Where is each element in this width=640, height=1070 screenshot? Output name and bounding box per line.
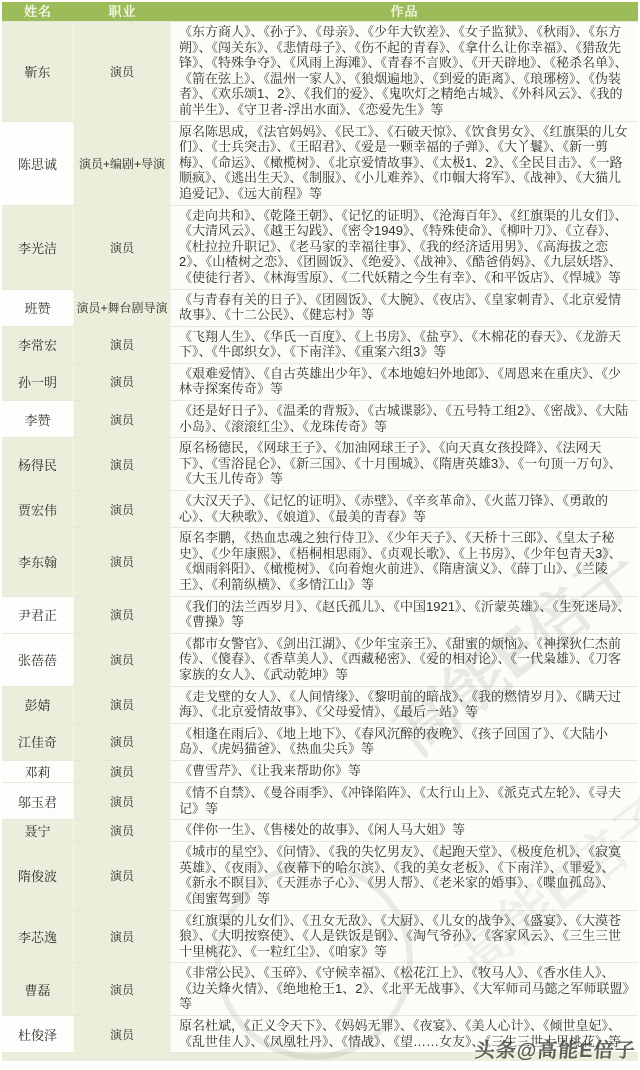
actor-name: 聂宁: [2, 820, 74, 841]
actor-name: 李常宏: [2, 327, 74, 363]
occupation: 演员: [74, 761, 171, 782]
works: 《非常公民》、《玉碎》、《守候幸福》、《松花江上》、《牧马人》、《香水佳人》、《…: [171, 963, 638, 1015]
table-row: 江佳奇 演员 《相逢在雨后》、《地上地下》、《春风沉醉的夜晚》、《孩子回国了》、…: [2, 723, 638, 760]
actor-name: 贾宏伟: [2, 491, 74, 527]
occupation: 演员: [74, 401, 171, 437]
occupation: 演员: [74, 364, 171, 400]
actor-name: 邬玉君: [2, 783, 74, 819]
works: 《曹雪芹》、《让我来帮助你》等: [171, 761, 638, 782]
occupation: 演员: [74, 438, 171, 490]
table-row: 彭婧 演员 《走戈壁的女人》、《人间情缘》、《黎明前的暗战》、《我的燃情岁月》、…: [2, 686, 638, 723]
actor-name: 李赞: [2, 401, 74, 437]
actor-name: 班赞: [2, 290, 74, 326]
table-header-row: 姓名 职业 作品: [2, 2, 638, 21]
actor-works-table: 姓名 职业 作品 靳东 演员 《东方商人》、《孙子》、《母亲》、《少年大钦差》、…: [2, 2, 638, 1061]
works: 原名李鹏，《热血忠魂之独行侍卫》、《少年天子》、《天桥十三郎》、《皇太子秘史》、…: [171, 528, 638, 595]
occupation: 演员: [74, 528, 171, 595]
table-row: 杨得民 演员 原名杨德民，《网球王子》、《加油网球王子》、《向天真女孩投降》、《…: [2, 437, 638, 490]
works: 《东方商人》、《孙子》、《母亲》、《少年大钦差》、《女子监狱》、《秋雨》、《东方…: [171, 22, 638, 121]
occupation: 演员: [74, 1016, 171, 1052]
works: 《伴你一生》、《售楼处的故事》、《闲人马大姐》等: [171, 820, 638, 841]
table-row: 邬玉君 演员 《情不自禁》、《曼谷雨季》、《冲锋陷阵》、《太行山上》、《派克式左…: [2, 782, 638, 819]
works: 《我们的法兰西岁月》、《赵氏孤儿》、《中国1921》、《沂蒙英雄》、《生死迷局》…: [171, 597, 638, 633]
actor-name: 靳东: [2, 22, 74, 121]
actor-name: 邓莉: [2, 761, 74, 782]
occupation: 演员: [74, 724, 171, 760]
works: 《与青春有关的日子》、《团圆饭》、《大腕》、《夜店》、《皇家刺青》、《北京爱情故…: [171, 290, 638, 326]
works: 《城市的星空》、《问情》、《我的失忆男友》、《起跑天堂》、《极度危机》、《寂寞英…: [171, 842, 638, 909]
actor-name: 李芯逸: [2, 911, 74, 963]
actor-name: 杜俊泽: [2, 1016, 74, 1052]
table-body: 靳东 演员 《东方商人》、《孙子》、《母亲》、《少年大钦差》、《女子监狱》、《秋…: [2, 21, 638, 1052]
occupation: 演员: [74, 597, 171, 633]
occupation: 演员: [74, 842, 171, 909]
occupation: 演员: [74, 491, 171, 527]
table-row: 陈思诚 演员+编剧+导演 原名陈思成，《法官妈妈》、《民工》、《石破天惊》、《饮…: [2, 121, 638, 205]
occupation: 演员: [74, 327, 171, 363]
works: 《飞翔人生》、《华氏一百度》、《上书房》、《盐亨》、《木棉花的春天》、《龙游天下…: [171, 327, 638, 363]
works: 《相逢在雨后》、《地上地下》、《春风沉醉的夜晚》、《孩子回国了》、《大陆小岛》、…: [171, 724, 638, 760]
table-row: 曹磊 演员 《非常公民》、《玉碎》、《守候幸福》、《松花江上》、《牧马人》、《香…: [2, 962, 638, 1015]
actor-name: 陈思诚: [2, 122, 74, 205]
actor-name: 曹磊: [2, 963, 74, 1015]
occupation: 演员+编剧+导演: [74, 122, 171, 205]
actor-name: 李光洁: [2, 206, 74, 289]
occupation: 演员: [74, 206, 171, 289]
actor-name: 孙一明: [2, 364, 74, 400]
actor-works-table-page: 姓名 职业 作品 靳东 演员 《东方商人》、《孙子》、《母亲》、《少年大钦差》、…: [0, 0, 640, 1070]
column-header-occupation: 职业: [74, 2, 171, 21]
table-row: 李光洁 演员 《走向共和》、《乾隆王朝》、《记忆的证明》、《沧海百年》、《红旗渠…: [2, 205, 638, 289]
works: 原名杨德民，《网球王子》、《加油网球王子》、《向天真女孩投降》、《法网天下》、《…: [171, 438, 638, 490]
works: 《红旗渠的儿女们》、《丑女无敌》、《大厨》、《儿女的战争》、《盛宴》、《大漠苍狼…: [171, 911, 638, 963]
occupation: 演员: [74, 687, 171, 723]
table-row: 孙一明 演员 《艰难爱情》、《自古英雄出少年》、《本地媳妇外地郎》、《周恩来在重…: [2, 363, 638, 400]
occupation: 演员: [74, 911, 171, 963]
works: 《艰难爱情》、《自古英雄出少年》、《本地媳妇外地郎》、《周恩来在重庆》、《少林寺…: [171, 364, 638, 400]
column-header-name: 姓名: [2, 2, 74, 21]
occupation: 演员: [74, 820, 171, 841]
occupation: 演员+舞台剧导演: [74, 290, 171, 326]
column-header-works: 作品: [171, 2, 638, 21]
occupation: 演员: [74, 634, 171, 686]
works: 《走戈壁的女人》、《人间情缘》、《黎明前的暗战》、《我的燃情岁月》、《瞒天过海》…: [171, 687, 638, 723]
works: 原名杜斌，《正义令天下》、《妈妈无罪》、《夜宴》、《美人心计》、《倾世皇妃》、《…: [171, 1016, 638, 1052]
actor-name: 李东翰: [2, 528, 74, 595]
table-row: 李赞 演员 《还是好日子》、《温柔的背叛》、《古城谍影》、《五号特工组2》、《密…: [2, 400, 638, 437]
table-row: 班赞 演员+舞台剧导演 《与青春有关的日子》、《团圆饭》、《大腕》、《夜店》、《…: [2, 289, 638, 326]
table-row: 靳东 演员 《东方商人》、《孙子》、《母亲》、《少年大钦差》、《女子监狱》、《秋…: [2, 21, 638, 121]
actor-name: 彭婧: [2, 687, 74, 723]
works: 《都市女警官》、《剑出江湖》、《少年宝亲王》、《甜蜜的烦恼》、《神探狄仁杰前传》…: [171, 634, 638, 686]
table-row: 尹君正 演员 《我们的法兰西岁月》、《赵氏孤儿》、《中国1921》、《沂蒙英雄》…: [2, 596, 638, 633]
works: 《大汉天子》、《记忆的证明》、《赤壁》、《辛亥革命》、《火蓝刀锋》、《勇敢的心》…: [171, 491, 638, 527]
table-row: 隋俊波 演员 《城市的星空》、《问情》、《我的失忆男友》、《起跑天堂》、《极度危…: [2, 841, 638, 909]
table-bottom-strip: [2, 1052, 638, 1061]
works: 原名陈思成，《法官妈妈》、《民工》、《石破天惊》、《饮食男女》、《红旗渠的儿女们…: [171, 122, 638, 205]
table-row: 杜俊泽 演员 原名杜斌，《正义令天下》、《妈妈无罪》、《夜宴》、《美人心计》、《…: [2, 1015, 638, 1052]
table-row: 贾宏伟 演员 《大汉天子》、《记忆的证明》、《赤壁》、《辛亥革命》、《火蓝刀锋》…: [2, 490, 638, 527]
table-row: 聂宁 演员 《伴你一生》、《售楼处的故事》、《闲人马大姐》等: [2, 819, 638, 841]
table-row: 张蓓蓓 演员 《都市女警官》、《剑出江湖》、《少年宝亲王》、《甜蜜的烦恼》、《神…: [2, 633, 638, 686]
works: 《还是好日子》、《温柔的背叛》、《古城谍影》、《五号特工组2》、《密战》、《大陆…: [171, 401, 638, 437]
actor-name: 尹君正: [2, 597, 74, 633]
works: 《情不自禁》、《曼谷雨季》、《冲锋陷阵》、《太行山上》、《派克式左轮》、《寻夫记…: [171, 783, 638, 819]
actor-name: 张蓓蓓: [2, 634, 74, 686]
actor-name: 隋俊波: [2, 842, 74, 909]
table-row: 李东翰 演员 原名李鹏，《热血忠魂之独行侍卫》、《少年天子》、《天桥十三郎》、《…: [2, 527, 638, 595]
occupation: 演员: [74, 783, 171, 819]
table-row: 李芯逸 演员 《红旗渠的儿女们》、《丑女无敌》、《大厨》、《儿女的战争》、《盛宴…: [2, 910, 638, 963]
works: 《走向共和》、《乾隆王朝》、《记忆的证明》、《沧海百年》、《红旗渠的儿女们》、《…: [171, 206, 638, 289]
actor-name: 杨得民: [2, 438, 74, 490]
occupation: 演员: [74, 22, 171, 121]
table-row: 李常宏 演员 《飞翔人生》、《华氏一百度》、《上书房》、《盐亨》、《木棉花的春天…: [2, 326, 638, 363]
table-row: 邓莉 演员 《曹雪芹》、《让我来帮助你》等: [2, 760, 638, 782]
actor-name: 江佳奇: [2, 724, 74, 760]
occupation: 演员: [74, 963, 171, 1015]
